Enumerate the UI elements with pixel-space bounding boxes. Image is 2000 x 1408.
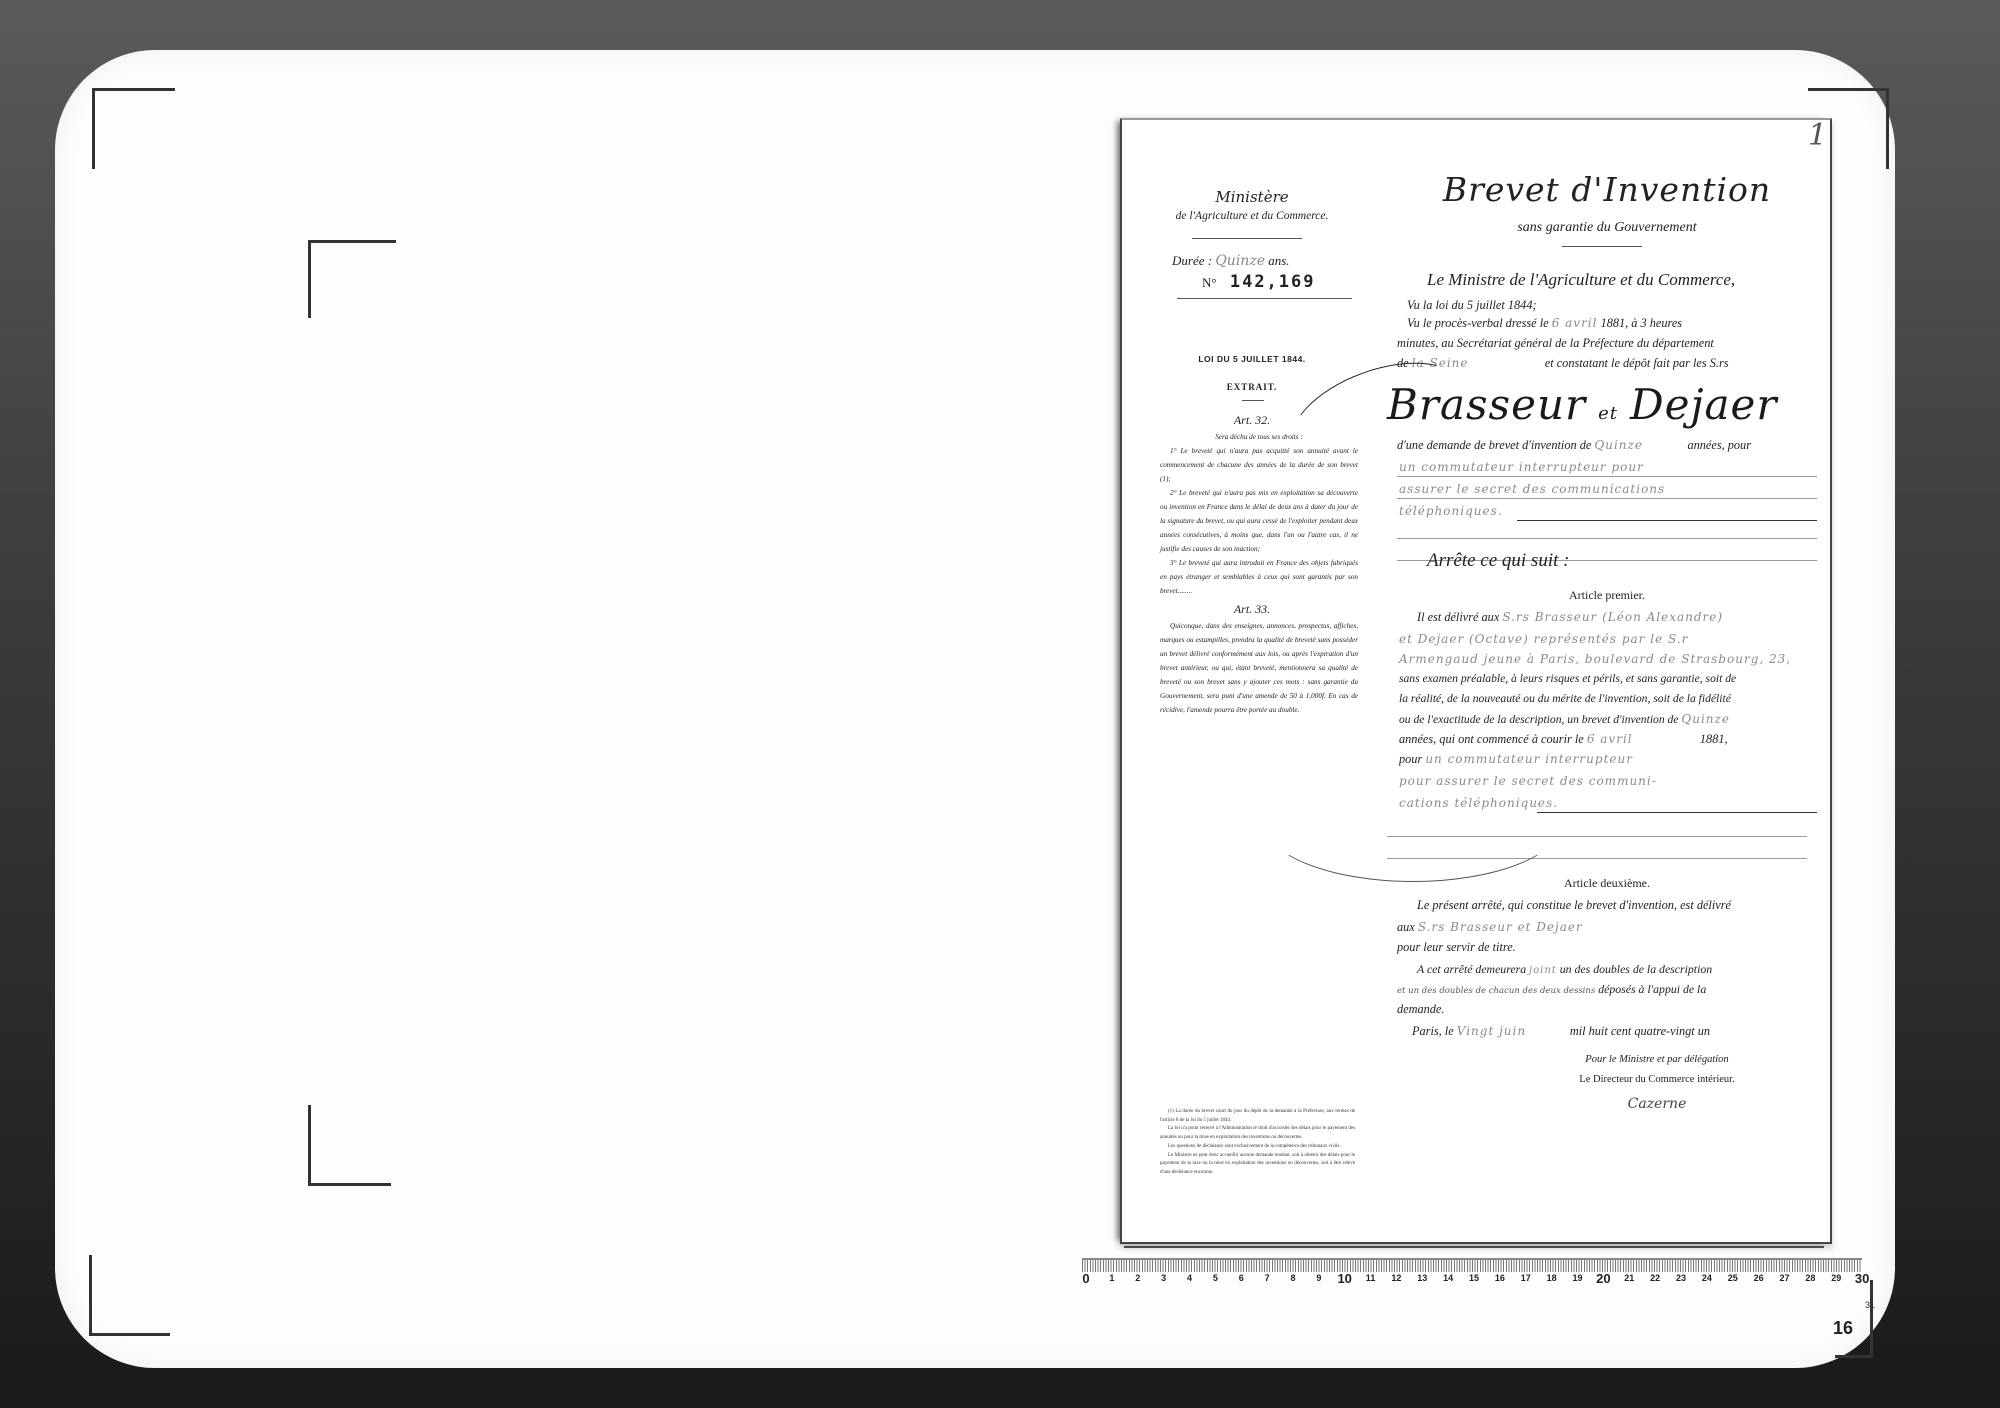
ruler-label: 8 <box>1290 1273 1295 1283</box>
minutes-line: minutes, au Secrétariat général de la Pr… <box>1397 336 1714 351</box>
crop-mark-bottom-left-inner <box>308 1105 391 1186</box>
duration-unit: ans. <box>1268 253 1289 268</box>
document-subtitle: sans garantie du Gouvernement <box>1387 220 1827 236</box>
ruler-label: 21 <box>1624 1273 1634 1283</box>
duration-value: Quinze <box>1215 253 1265 269</box>
article-1-line: Armengaud jeune à Paris, boulevard de St… <box>1399 652 1791 666</box>
article-33-text: Quiconque, dans des enseignes, annonces,… <box>1160 619 1358 717</box>
ruler-label: 17 <box>1521 1273 1531 1283</box>
issue-date: Paris, le Vingt juin mil huit cent quatr… <box>1412 1024 1710 1039</box>
invention-title-line: un commutateur interrupteur pour <box>1399 460 1644 474</box>
handwritten-text: joint <box>1529 965 1557 976</box>
article-32-paragraph: 3° Le breveté qui aura introduit en Fran… <box>1160 556 1358 598</box>
ruler-label: 27 <box>1779 1273 1789 1283</box>
signature-title: Le Directeur du Commerce intérieur. <box>1487 1074 1827 1085</box>
article-1-line: et Dejaer (Octave) représentés par le S.… <box>1399 632 1688 646</box>
decree-heading: Arrête ce qui suit : <box>1427 550 1569 572</box>
crop-mark-top-left-inner <box>308 240 396 318</box>
article-1-line: années, qui ont commencé à courir le 6 a… <box>1399 732 1728 747</box>
ruler-label: 2 <box>1135 1273 1140 1283</box>
patent-document: Ministère de l'Agriculture et du Commerc… <box>1120 118 1832 1244</box>
minister-line: Le Ministre de l'Agriculture et du Comme… <box>1427 270 1735 290</box>
text: ou de l'exactitude de la description, un… <box>1399 713 1678 726</box>
applicant-name: Dejaer <box>1630 380 1778 429</box>
duration-label: Durée : <box>1172 253 1212 268</box>
ruler-end-label: 31 <box>1865 1300 1875 1310</box>
ruler-label: 24 <box>1702 1273 1712 1283</box>
handwritten-years: Quinze <box>1594 438 1684 452</box>
ministry-name: Ministère <box>1122 188 1382 206</box>
footnote: (1) La durée du brevet court du jour du … <box>1160 1108 1355 1178</box>
ruler-label: 4 <box>1187 1273 1192 1283</box>
article-1-line: la réalité, de la nouveauté ou du mérite… <box>1399 692 1731 705</box>
ruler-label: 25 <box>1728 1273 1738 1283</box>
handwritten-recipients: S.rs Brasseur et Dejaer <box>1418 920 1583 934</box>
ruler-label: 14 <box>1443 1273 1453 1283</box>
request-line: d'une demande de brevet d'invention de Q… <box>1397 438 1751 453</box>
text: Paris, le <box>1412 1024 1454 1038</box>
duration: Durée : Quinze ans. <box>1172 253 1290 269</box>
invention-title-line: téléphoniques. <box>1399 504 1503 518</box>
text: 1881, à 3 heures <box>1601 316 1683 330</box>
ruler-label: 13 <box>1417 1273 1427 1283</box>
article-2-line: demande. <box>1397 1002 1444 1017</box>
plate-number: 16 <box>1833 1318 1853 1339</box>
ruler-label: 16 <box>1495 1273 1505 1283</box>
text: un des doubles de la description <box>1560 962 1712 976</box>
signature: Cazerne <box>1487 1096 1827 1112</box>
ruler-label: 19 <box>1573 1273 1583 1283</box>
ruler-label: 12 <box>1391 1273 1401 1283</box>
patent-number: N° 142,169 <box>1202 272 1316 292</box>
handwritten-years: Quinze <box>1681 712 1730 726</box>
crop-mark-bottom-left-outer <box>89 1255 170 1336</box>
law-reference: Vu la loi du 5 juillet 1844; <box>1407 298 1537 313</box>
article-1-line: ou de l'exactitude de la description, un… <box>1399 712 1730 726</box>
article-1-line: sans examen préalable, à leurs risques e… <box>1399 672 1736 685</box>
article-2-line: pour leur servir de titre. <box>1397 940 1516 955</box>
handwritten-date: 6 avril <box>1587 732 1697 746</box>
article-2-line: et un des doubles de chacun des deux des… <box>1397 982 1706 997</box>
text: mil huit cent quatre-vingt un <box>1570 1024 1710 1038</box>
conjunction: et <box>1598 403 1618 424</box>
pen-flourish <box>1262 760 1564 882</box>
ruler-label: 5 <box>1213 1273 1218 1283</box>
ruler-label: 1 <box>1109 1273 1114 1283</box>
text: années, pour <box>1687 438 1751 452</box>
ruler-label: 15 <box>1469 1273 1479 1283</box>
handwritten-date: Vingt juin <box>1457 1024 1567 1038</box>
document-title: Brevet d'Invention <box>1387 170 1827 209</box>
ruler-label: 23 <box>1676 1273 1686 1283</box>
ruler-label: 18 <box>1547 1273 1557 1283</box>
divider <box>1177 298 1352 299</box>
ruler-label: 22 <box>1650 1273 1660 1283</box>
divider <box>1562 246 1642 247</box>
underline <box>1397 498 1817 499</box>
text: déposés à l'appui de la <box>1598 982 1706 996</box>
ministry-subtitle: de l'Agriculture et du Commerce. <box>1122 210 1382 222</box>
ruler-label: 3 <box>1161 1273 1166 1283</box>
law-title: LOI DU 5 JUILLET 1844. <box>1122 354 1382 364</box>
divider <box>1242 400 1264 401</box>
article-33-paragraph: Quiconque, dans des enseignes, annonces,… <box>1160 619 1358 717</box>
article-2-line: aux S.rs Brasseur et Dejaer <box>1397 920 1583 935</box>
text: et constatant le dépôt fait par les S.rs <box>1545 356 1729 370</box>
ruler-label: 20 <box>1596 1271 1610 1286</box>
article-33-heading: Art. 33. <box>1122 602 1382 617</box>
footnote-paragraph: Le Ministre ne peut donc accueillir aucu… <box>1160 1152 1355 1178</box>
underline <box>1517 520 1817 521</box>
underline <box>1537 812 1817 813</box>
article-2-line: Le présent arrêté, qui constitue le brev… <box>1417 898 1731 913</box>
ruler-label: 10 <box>1337 1271 1351 1286</box>
divider <box>1192 238 1302 239</box>
signature-delegation: Pour le Ministre et par délégation <box>1487 1054 1827 1065</box>
ruler-label: 7 <box>1265 1273 1270 1283</box>
ruler-label: 9 <box>1316 1273 1321 1283</box>
footnote-paragraph: Les questions de déchéance sont exclusiv… <box>1160 1143 1355 1152</box>
folio-mark: 1 <box>1808 118 1827 153</box>
invention-title-line: assurer le secret des communications <box>1399 482 1665 496</box>
measurement-ruler: 0123456789101112131415161718192021222324… <box>1082 1258 1862 1298</box>
ruler-label: 0 <box>1082 1271 1089 1286</box>
text: A cet arrêté demeurera <box>1417 962 1526 976</box>
ruler-label: 28 <box>1805 1273 1815 1283</box>
text: 1881, <box>1700 732 1728 746</box>
handwritten-recipients: S.rs Brasseur (Léon Alexandre) <box>1502 610 1723 624</box>
ruler-label: 26 <box>1754 1273 1764 1283</box>
footnote-paragraph: (1) La durée du brevet court du jour du … <box>1160 1108 1355 1125</box>
underline <box>1397 538 1817 539</box>
ruler-label: 11 <box>1366 1273 1376 1283</box>
ruler-label: 6 <box>1239 1273 1244 1283</box>
ruler-ticks <box>1082 1258 1862 1272</box>
footnote-paragraph: La loi n'a point réservé à l'Administrat… <box>1160 1125 1355 1142</box>
handwritten-date: 6 avril <box>1552 316 1598 330</box>
underline <box>1397 476 1817 477</box>
article-1-heading: Article premier. <box>1387 588 1827 603</box>
text: aux <box>1397 920 1415 934</box>
article-32-paragraph: 2° Le breveté qui n'aura pas mis en expl… <box>1160 486 1358 556</box>
patent-number-value: 142,169 <box>1230 272 1316 292</box>
article-1-line: Il est délivré aux S.rs Brasseur (Léon A… <box>1417 610 1723 625</box>
patent-number-label: N° <box>1202 275 1217 290</box>
article-2-line: A cet arrêté demeurera joint un des doub… <box>1417 962 1712 977</box>
text: années, qui ont commencé à courir le <box>1399 732 1584 746</box>
proces-verbal-line: Vu le procès-verbal dressé le 6 avril 18… <box>1407 316 1682 331</box>
text: Vu le procès-verbal dressé le <box>1407 316 1549 330</box>
text: Il est délivré aux <box>1417 610 1499 624</box>
handwritten-text: et un des doubles de chacun des deux des… <box>1397 986 1595 996</box>
crop-mark-top-left-outer <box>92 88 175 169</box>
